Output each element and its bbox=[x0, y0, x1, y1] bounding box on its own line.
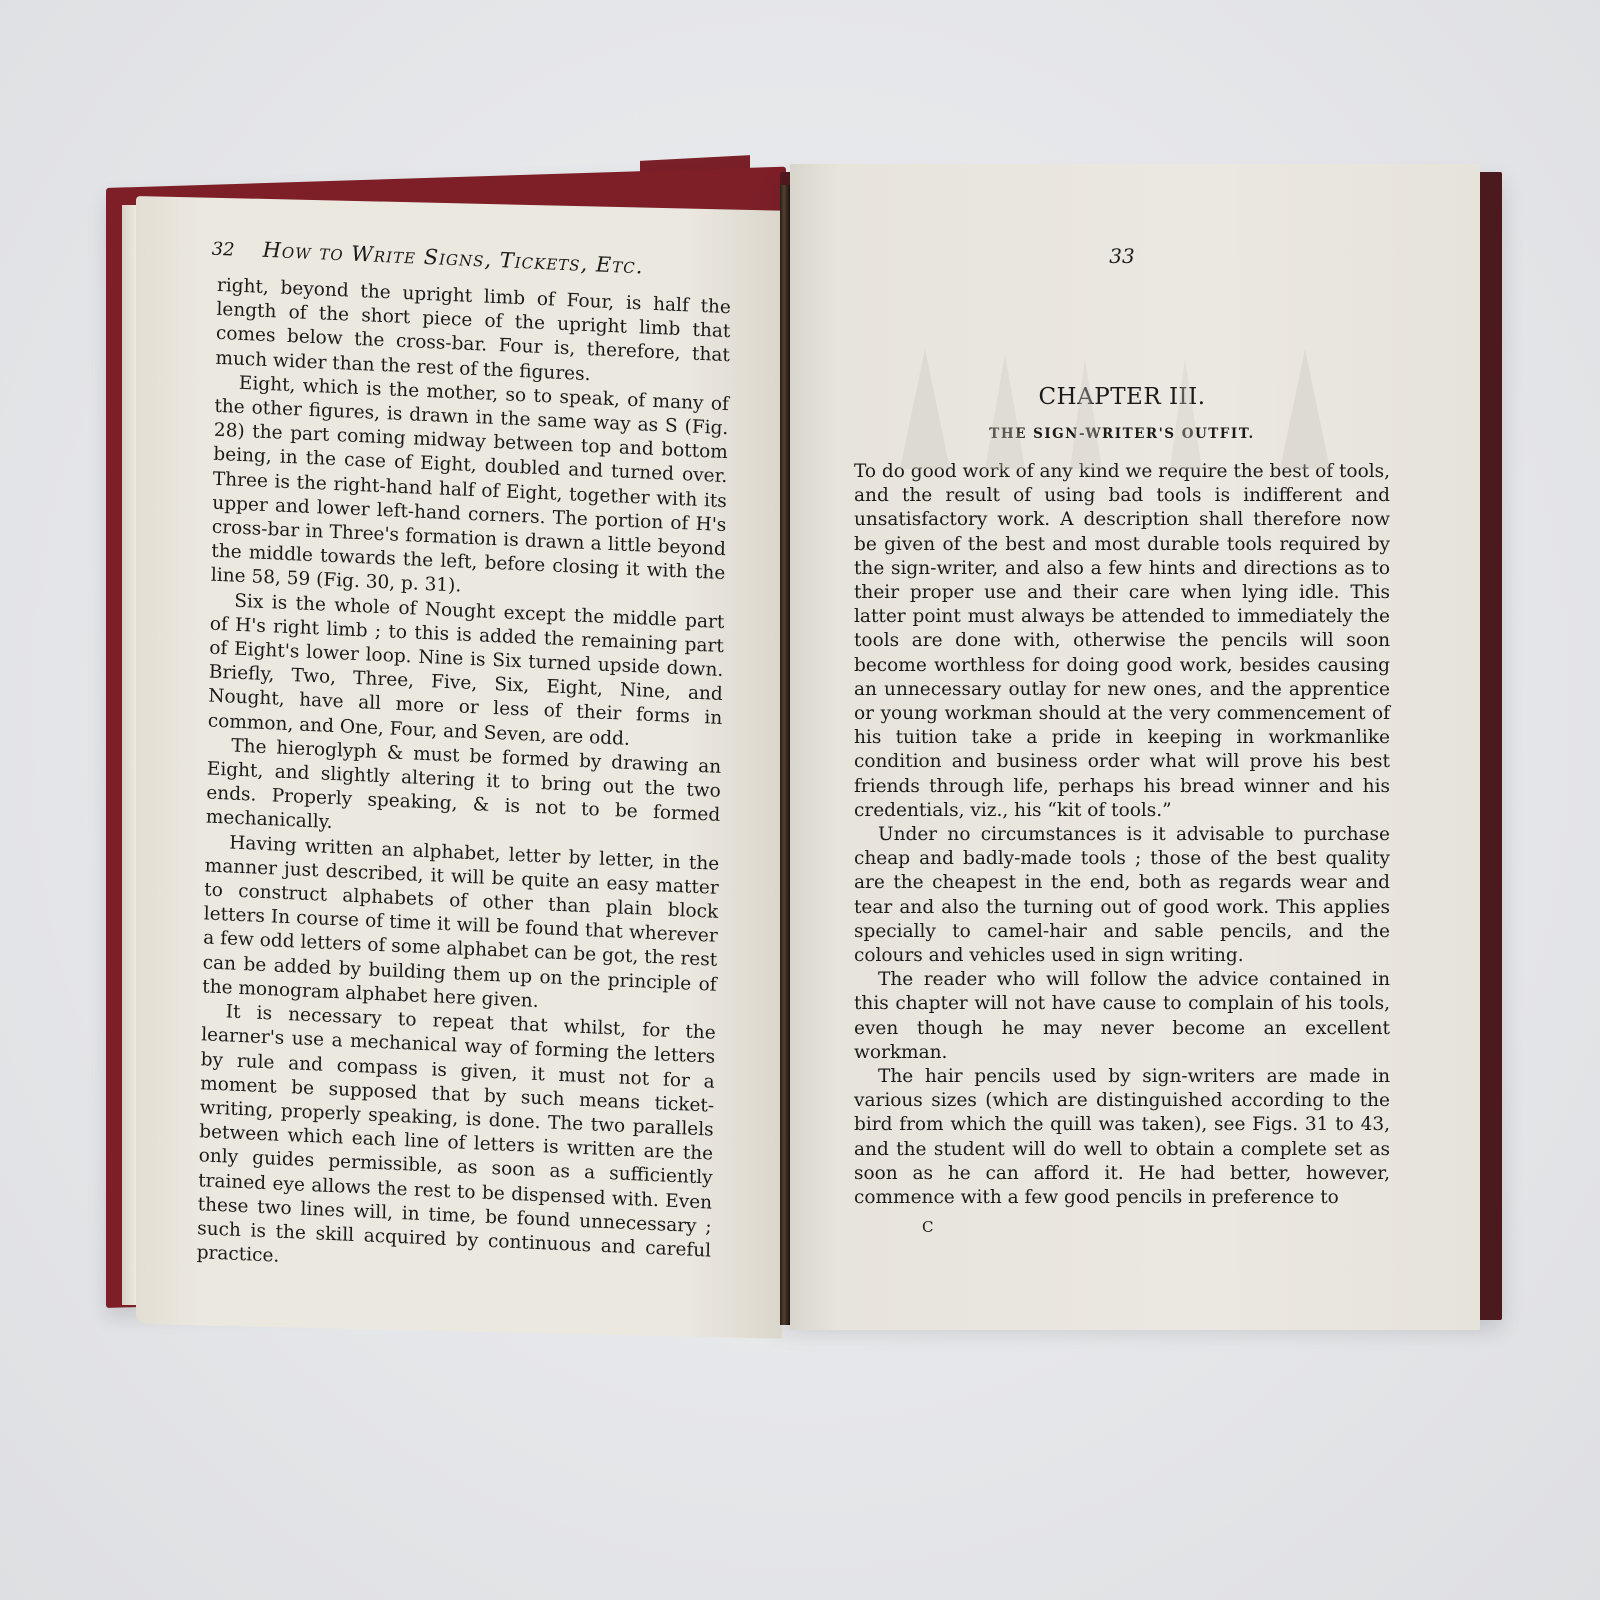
left-page-body: right, beyond the upright limb of Four, … bbox=[196, 274, 731, 1288]
chapter-title: CHAPTER III. bbox=[854, 384, 1390, 410]
running-head: 32 How to Write Signs, Tickets, Etc. bbox=[211, 236, 731, 283]
right-page: 33 CHAPTER III. The Sign-Writer's Outfit… bbox=[790, 164, 1480, 1330]
running-head-title: How to Write Signs, Tickets, Etc. bbox=[262, 238, 643, 279]
paragraph: To do good work of any kind we require t… bbox=[854, 460, 1390, 823]
paragraph: Eight, which is the mother, so to speak,… bbox=[211, 371, 729, 611]
paragraph: The hair pencils used by sign-writers ar… bbox=[854, 1065, 1390, 1210]
signature-mark: C bbox=[922, 1218, 1390, 1236]
left-page: 32 How to Write Signs, Tickets, Etc. rig… bbox=[136, 196, 782, 1339]
paragraph: The reader who will follow the advice co… bbox=[854, 968, 1390, 1065]
book-gutter bbox=[780, 185, 790, 1325]
page-number-left: 32 bbox=[211, 239, 234, 261]
right-page-body: To do good work of any kind we require t… bbox=[854, 460, 1390, 1210]
paragraph: It is necessary to repeat that whilst, f… bbox=[196, 999, 715, 1287]
paragraph: Under no circumstances is it advisable t… bbox=[854, 823, 1390, 968]
chapter-subtitle: The Sign-Writer's Outfit. bbox=[854, 426, 1390, 442]
page-number-right: 33 bbox=[854, 244, 1390, 268]
paragraph: Having written an alphabet, letter by le… bbox=[202, 830, 719, 1022]
paragraph: Six is the whole of Nought except the mi… bbox=[208, 588, 725, 756]
